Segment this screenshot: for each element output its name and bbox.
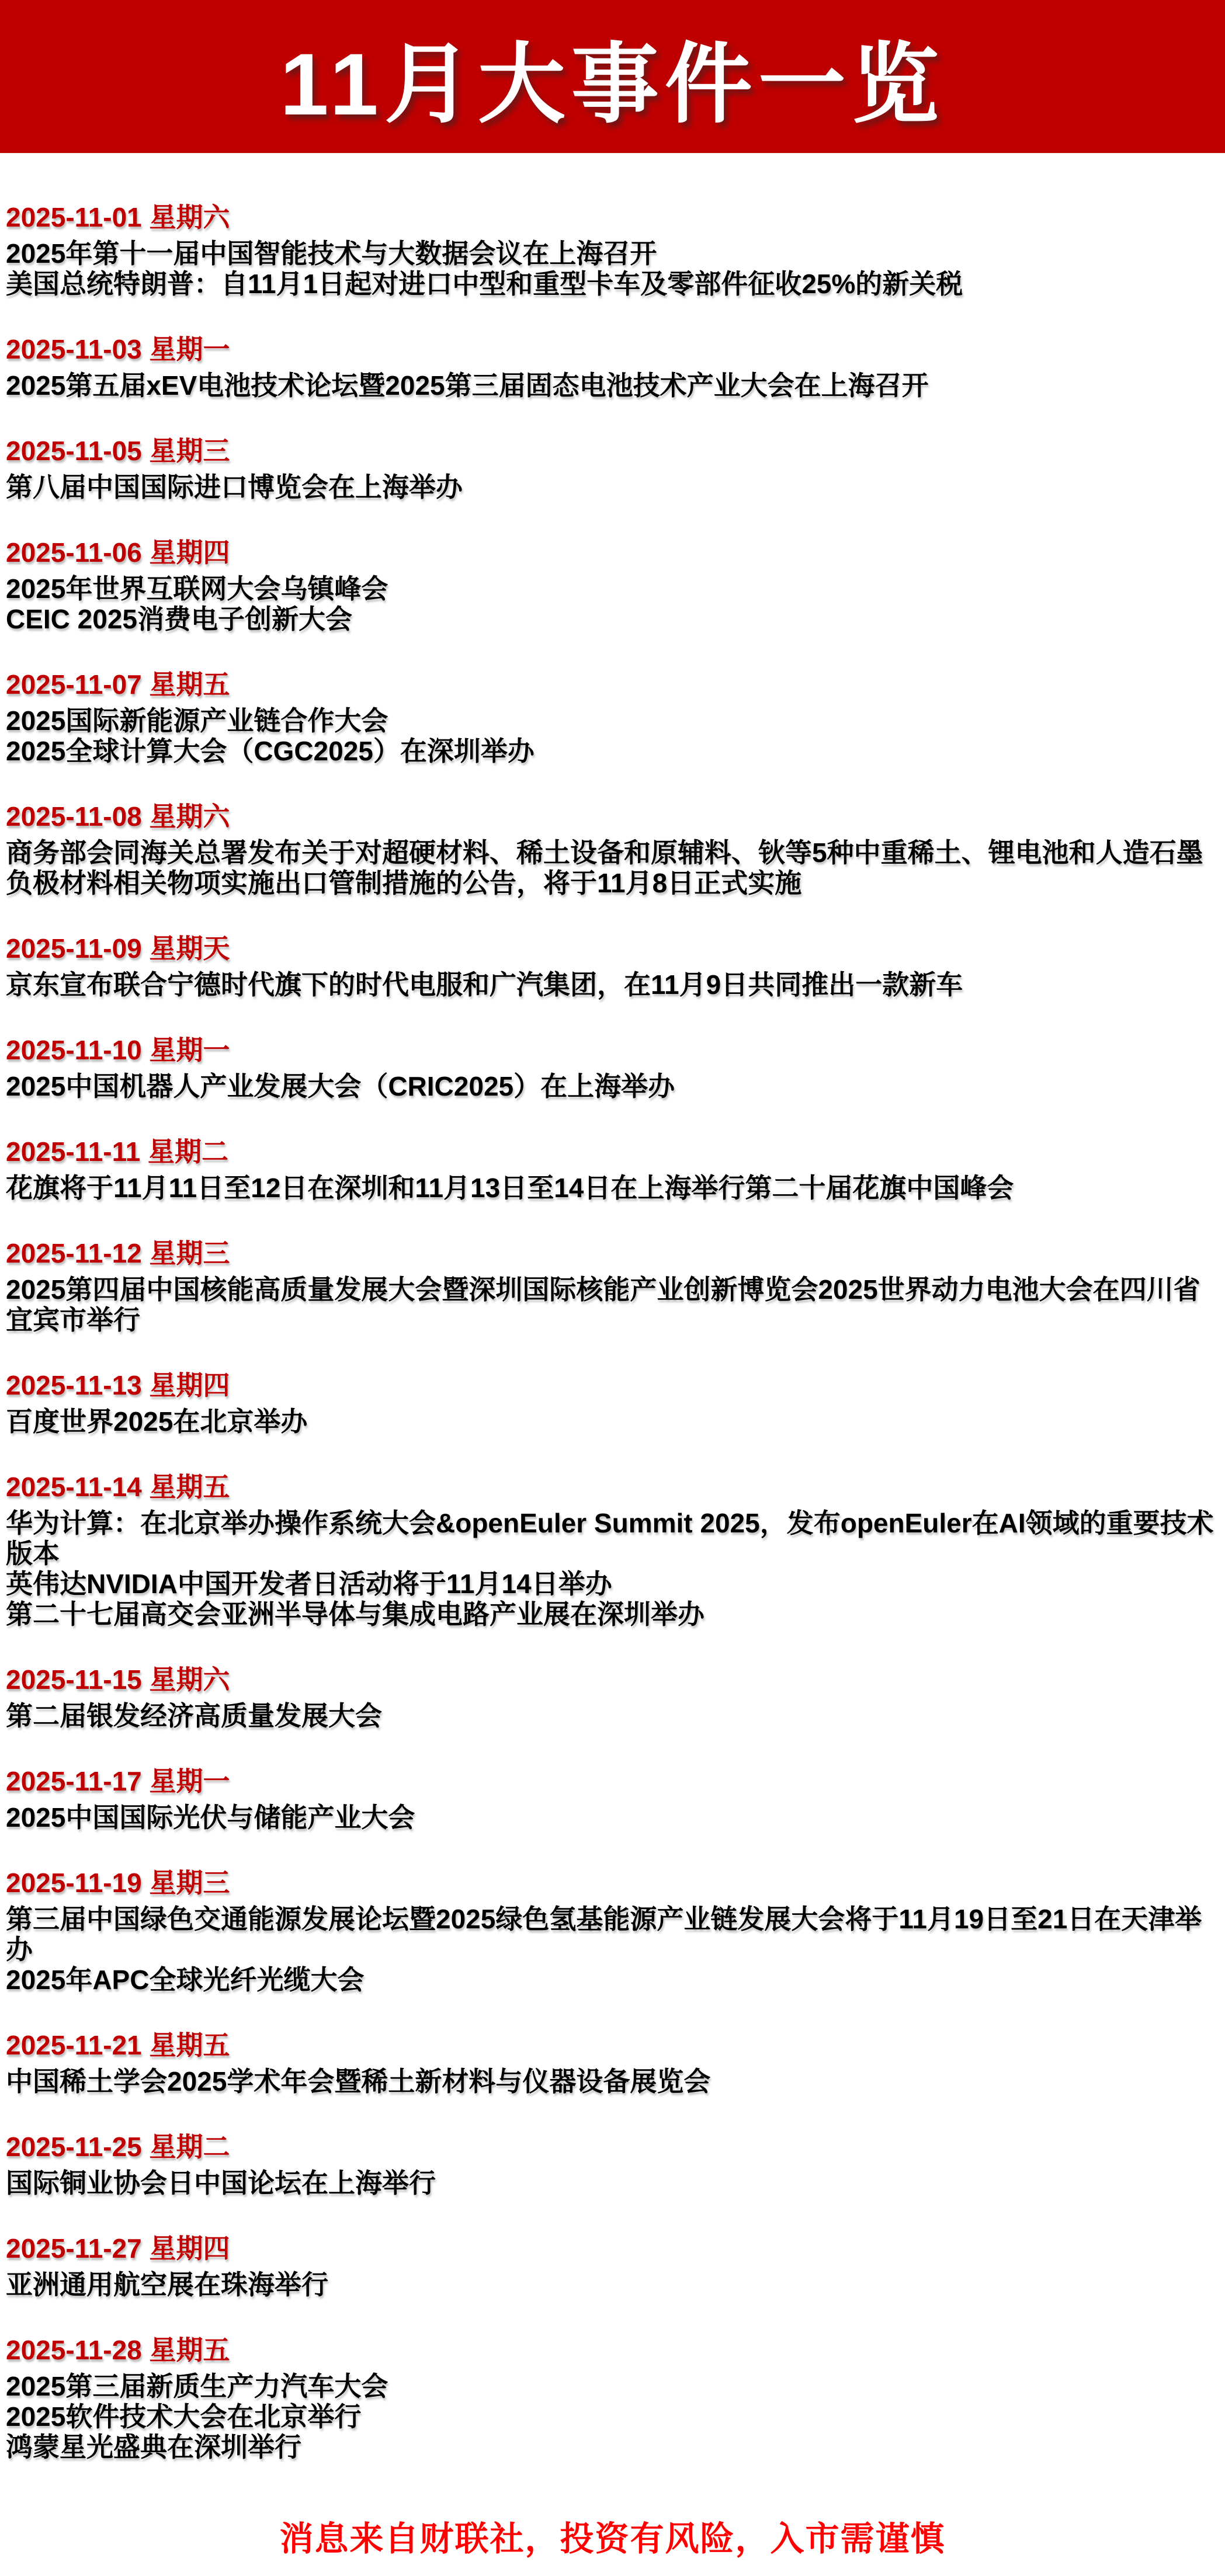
event-group: 2025-11-25 星期二国际铜业协会日中国论坛在上海举行: [6, 2132, 1216, 2198]
event-date-heading: 2025-11-09 星期天: [6, 933, 1216, 964]
event-group: 2025-11-06 星期四2025年世界互联网大会乌镇峰会CEIC 2025消…: [6, 537, 1216, 634]
event-item: 2025第三届新质生产力汽车大会: [6, 2371, 1216, 2401]
event-date-heading: 2025-11-15 星期六: [6, 1664, 1216, 1695]
event-date-heading: 2025-11-07 星期五: [6, 669, 1216, 700]
header-banner: 11月大事件一览: [0, 0, 1225, 153]
event-item: 京东宣布联合宁德时代旗下的时代电服和广汽集团，在11月9日共同推出一款新车: [6, 969, 1216, 1000]
event-group: 2025-11-27 星期四亚洲通用航空展在珠海举行: [6, 2233, 1216, 2300]
event-list: 2025-11-01 星期六2025年第十一届中国智能技术与大数据会议在上海召开…: [0, 153, 1225, 2462]
event-group: 2025-11-05 星期三第八届中国国际进口博览会在上海举办: [6, 436, 1216, 502]
event-date-heading: 2025-11-21 星期五: [6, 2030, 1216, 2060]
event-item: 第八届中国国际进口博览会在上海举办: [6, 472, 1216, 502]
event-date-heading: 2025-11-05 星期三: [6, 436, 1216, 466]
event-group: 2025-11-17 星期一2025中国国际光伏与储能产业大会: [6, 1766, 1216, 1833]
event-group: 2025-11-19 星期三第三届中国绿色交通能源发展论坛暨2025绿色氢基能源…: [6, 1868, 1216, 1995]
event-item: 第二十七届高交会亚洲半导体与集成电路产业展在深圳举办: [6, 1599, 1216, 1629]
event-item: 2025全球计算大会（CGC2025）在深圳举办: [6, 736, 1216, 766]
event-item: 2025国际新能源产业链合作大会: [6, 705, 1216, 736]
event-date-heading: 2025-11-27 星期四: [6, 2233, 1216, 2264]
event-item: 华为计算：在北京举办操作系统大会&openEuler Summit 2025，发…: [6, 1508, 1216, 1569]
event-item: 2025第四届中国核能高质量发展大会暨深圳国际核能产业创新博览会2025世界动力…: [6, 1274, 1216, 1335]
infographic-page: 11月大事件一览 2025-11-01 星期六2025年第十一届中国智能技术与大…: [0, 0, 1225, 2576]
event-date-heading: 2025-11-10 星期一: [6, 1035, 1216, 1065]
event-date-heading: 2025-11-06 星期四: [6, 537, 1216, 568]
event-group: 2025-11-09 星期天京东宣布联合宁德时代旗下的时代电服和广汽集团，在11…: [6, 933, 1216, 1000]
event-group: 2025-11-14 星期五华为计算：在北京举办操作系统大会&openEuler…: [6, 1472, 1216, 1629]
event-date-heading: 2025-11-28 星期五: [6, 2335, 1216, 2365]
event-date-heading: 2025-11-11 星期二: [6, 1136, 1216, 1167]
event-group: 2025-11-07 星期五2025国际新能源产业链合作大会2025全球计算大会…: [6, 669, 1216, 766]
page-title: 11月大事件一览: [280, 13, 945, 140]
event-group: 2025-11-10 星期一2025中国机器人产业发展大会（CRIC2025）在…: [6, 1035, 1216, 1101]
event-item: 花旗将于11月11日至12日在深圳和11月13日至14日在上海举行第二十届花旗中…: [6, 1173, 1216, 1203]
event-date-heading: 2025-11-01 星期六: [6, 202, 1216, 232]
disclaimer-text: 消息来自财联社，投资有风险，入市需谨慎: [0, 2521, 1225, 2558]
event-item: 中国稀土学会2025学术年会暨稀土新材料与仪器设备展览会: [6, 2066, 1216, 2097]
event-item: 商务部会同海关总署发布关于对超硬材料、稀土设备和原辅料、钬等5种中重稀土、锂电池…: [6, 837, 1216, 898]
event-date-heading: 2025-11-12 星期三: [6, 1238, 1216, 1268]
event-date-heading: 2025-11-03 星期一: [6, 334, 1216, 364]
event-group: 2025-11-15 星期六第二届银发经济高质量发展大会: [6, 1664, 1216, 1731]
event-item: CEIC 2025消费电子创新大会: [6, 604, 1216, 634]
event-item: 2025软件技术大会在北京举行: [6, 2401, 1216, 2432]
event-date-heading: 2025-11-25 星期二: [6, 2132, 1216, 2162]
event-item: 第三届中国绿色交通能源发展论坛暨2025绿色氢基能源产业链发展大会将于11月19…: [6, 1904, 1216, 1965]
event-item: 美国总统特朗普：自11月1日起对进口中型和重型卡车及零部件征收25%的新关税: [6, 269, 1216, 299]
event-item: 鸿蒙星光盛典在深圳举行: [6, 2432, 1216, 2462]
event-item: 亚洲通用航空展在珠海举行: [6, 2269, 1216, 2300]
event-date-heading: 2025-11-13 星期四: [6, 1370, 1216, 1400]
event-group: 2025-11-01 星期六2025年第十一届中国智能技术与大数据会议在上海召开…: [6, 202, 1216, 299]
event-group: 2025-11-13 星期四百度世界2025在北京举办: [6, 1370, 1216, 1437]
event-item: 2025年世界互联网大会乌镇峰会: [6, 573, 1216, 604]
event-item: 英伟达NVIDIA中国开发者日活动将于11月14日举办: [6, 1569, 1216, 1599]
event-date-heading: 2025-11-14 星期五: [6, 1472, 1216, 1502]
event-item: 2025年APC全球光纤光缆大会: [6, 1965, 1216, 1995]
event-group: 2025-11-03 星期一2025第五届xEV电池技术论坛暨2025第三届固态…: [6, 334, 1216, 401]
event-date-heading: 2025-11-17 星期一: [6, 1766, 1216, 1796]
event-item: 2025年第十一届中国智能技术与大数据会议在上海召开: [6, 238, 1216, 269]
event-date-heading: 2025-11-08 星期六: [6, 801, 1216, 832]
event-group: 2025-11-12 星期三2025第四届中国核能高质量发展大会暨深圳国际核能产…: [6, 1238, 1216, 1335]
event-group: 2025-11-11 星期二花旗将于11月11日至12日在深圳和11月13日至1…: [6, 1136, 1216, 1203]
event-item: 国际铜业协会日中国论坛在上海举行: [6, 2168, 1216, 2198]
event-item: 第二届银发经济高质量发展大会: [6, 1701, 1216, 1731]
event-item: 百度世界2025在北京举办: [6, 1406, 1216, 1437]
event-item: 2025中国国际光伏与储能产业大会: [6, 1802, 1216, 1833]
event-date-heading: 2025-11-19 星期三: [6, 1868, 1216, 1898]
event-group: 2025-11-08 星期六商务部会同海关总署发布关于对超硬材料、稀土设备和原辅…: [6, 801, 1216, 898]
event-group: 2025-11-28 星期五2025第三届新质生产力汽车大会2025软件技术大会…: [6, 2335, 1216, 2462]
event-item: 2025第五届xEV电池技术论坛暨2025第三届固态电池技术产业大会在上海召开: [6, 370, 1216, 401]
event-group: 2025-11-21 星期五中国稀土学会2025学术年会暨稀土新材料与仪器设备展…: [6, 2030, 1216, 2097]
event-item: 2025中国机器人产业发展大会（CRIC2025）在上海举办: [6, 1071, 1216, 1101]
